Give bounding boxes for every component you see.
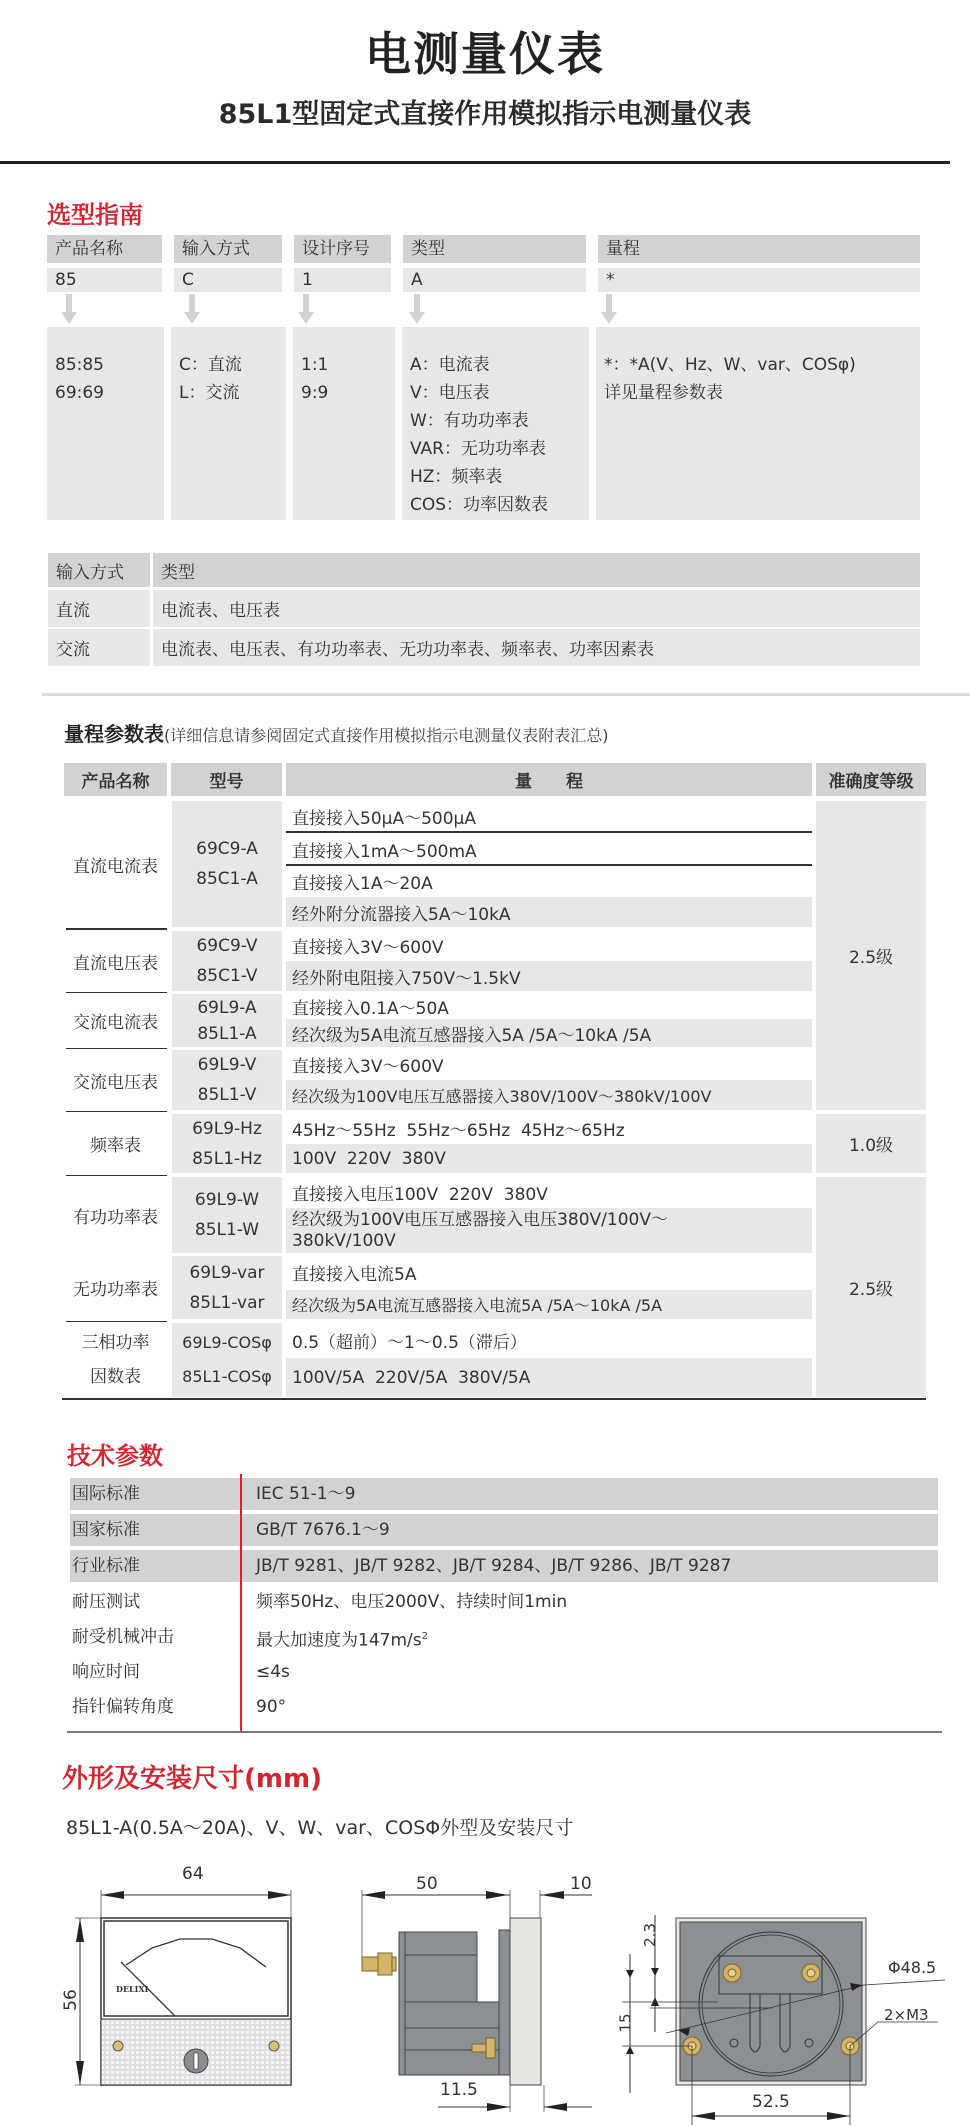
dimensions-heading: 外形及安装尺寸(mm): [62, 1758, 322, 1795]
product-name-power-factor: 三相功率 因数表: [64, 1323, 167, 1397]
input-type-ac-types: 电流表、电压表、有功功率表、无功功率表、频率表、功率因素表: [153, 629, 920, 666]
range-row: 直接接入电流5A: [286, 1256, 812, 1289]
dim-hole-spacing: 52.5: [752, 2092, 790, 2112]
dim-depth: 50: [416, 1874, 438, 1894]
col-header-input-type: 输入方式: [174, 235, 282, 263]
product-name-frequency: 频率表: [64, 1114, 167, 1173]
accuracy-cell: 2.5级: [816, 1177, 926, 1397]
product-name-dc-current: 直流电流表: [64, 801, 167, 927]
model-code: 69C9-V: [196, 931, 257, 961]
range-row: 100V/5A 220V/5A 380V/5A: [286, 1358, 812, 1397]
desc-line: VAR：无功功率表: [410, 435, 589, 463]
range-header-accuracy: 准确度等级: [816, 763, 926, 796]
dim-offset: 15: [617, 2013, 635, 2032]
dimensions-caption: 85L1-A(0.5A～20A)、V、W、var、COSΦ外型及安装尺寸: [66, 1813, 573, 1840]
group-divider: [66, 1321, 167, 1322]
range-row: 直接接入1A～20A: [286, 866, 812, 897]
input-type-header-type: 类型: [153, 553, 920, 587]
back-view-drawing: 2.3 15 Φ48.5 2×M3 52.5: [600, 1850, 970, 2127]
dim-flange: 10: [570, 1874, 592, 1894]
product-name-reactive-power: 无功功率表: [64, 1256, 167, 1319]
tech-param-row: 响应时间 ≤4s: [70, 1656, 938, 1688]
meter-back-icon: [600, 1850, 970, 2127]
model-code: 69L9-V: [198, 1050, 257, 1080]
param-value: 90°: [256, 1691, 286, 1723]
arrow-down-icon: [66, 294, 72, 314]
model-code: 69L9-var: [189, 1258, 264, 1288]
dim-screws: 2×M3: [884, 2006, 929, 2024]
param-value: GB/T 7676.1～9: [256, 1514, 390, 1546]
product-name-active-power: 有功功率表: [64, 1177, 167, 1253]
desc-line: 1:1: [301, 351, 395, 379]
param-label: 行业标准: [72, 1550, 140, 1582]
selection-guide-heading: 选型指南: [47, 195, 143, 230]
range-header-range: 量 程: [286, 763, 812, 796]
col-header-type: 类型: [403, 235, 586, 263]
desc-line: *：*A(V、Hz、W、var、COSφ): [604, 351, 920, 379]
model-code: 69L9-Hz: [192, 1114, 262, 1144]
range-row: 经次级为100V电压互感器接入380V/100V～380kV/100V: [286, 1080, 812, 1110]
desc-line: A：电流表: [410, 351, 589, 379]
desc-line: L：交流: [179, 379, 286, 407]
model-code: 85C1-V: [196, 961, 257, 991]
model-cell: 69L9-COSφ 85L1-COSφ: [172, 1323, 282, 1397]
desc-input-type: C：直流 L：交流: [171, 327, 286, 520]
tech-param-row: 国家标准 GB/T 7676.1～9: [70, 1514, 938, 1546]
arrow-down-icon: [189, 294, 195, 314]
arrow-down-icon: [303, 294, 309, 314]
desc-product-name: 85:85 69:69: [47, 327, 164, 520]
range-row: 经外附分流器接入5A～10kA: [286, 897, 812, 927]
range-line: 380kV/100V: [292, 1231, 396, 1252]
name-line: 因数表: [90, 1360, 141, 1394]
model-code: 69C9-A: [196, 834, 258, 864]
param-value: ≤4s: [256, 1656, 290, 1688]
model-cell: 69C9-A 85C1-A: [172, 801, 282, 927]
model-code: 69L9-A: [197, 995, 256, 1021]
group-divider: [66, 1111, 167, 1112]
dim-width: 64: [182, 1864, 204, 1884]
code-range: *: [598, 268, 920, 292]
dim-panel: 11.5: [440, 2080, 478, 2100]
tech-param-row: 耐压测试 频率50Hz、电压2000V、持续时间1min: [70, 1586, 938, 1618]
product-name-dc-voltage: 直流电压表: [64, 931, 167, 991]
model-code: 85L1-V: [198, 1080, 257, 1110]
desc-design-no: 1:1 9:9: [293, 327, 395, 520]
tech-params-heading: 技术参数: [67, 1436, 163, 1471]
param-value: IEC 51-1～9: [256, 1478, 355, 1510]
table-bottom-border: [62, 1398, 926, 1400]
row-divider: [286, 831, 812, 833]
brand-logo: DELIXI: [116, 1984, 148, 1994]
range-row: 经次级为5A电流互感器接入5A /5A～10kA /5A: [286, 1019, 812, 1047]
tech-param-row: 指针偏转角度 90°: [70, 1691, 938, 1723]
col-header-range: 量程: [598, 235, 920, 263]
accuracy-cell: 2.5级: [816, 801, 926, 1110]
model-cell: 69C9-V 85C1-V: [172, 931, 282, 991]
dim-height: 56: [61, 1989, 81, 2011]
range-row: 经次级为5A电流互感器接入电流5A /5A～10kA /5A: [286, 1290, 812, 1319]
model-cell: 69L9-W 85L1-W: [172, 1177, 282, 1253]
model-cell: 69L9-V 85L1-V: [172, 1050, 282, 1110]
column-divider: [240, 1474, 242, 1732]
desc-line: V：电压表: [410, 379, 589, 407]
code-input-type: C: [174, 268, 282, 292]
range-row: 直接接入50μA～500μA: [286, 801, 812, 832]
meter-front-icon: [0, 1850, 340, 2127]
range-row: 经外附电阻接入750V～1.5kV: [286, 961, 812, 991]
range-row: 45Hz～55Hz 55Hz～65Hz 45Hz～65Hz: [286, 1114, 812, 1143]
param-value-text: 最大加速度为147m/s: [256, 1631, 422, 1651]
desc-type: A：电流表 V：电压表 W：有功功率表 VAR：无功功率表 HZ：频率表 COS…: [402, 327, 589, 520]
input-type-dc: 直流: [48, 590, 150, 627]
superscript: 2: [422, 1631, 428, 1642]
input-type-header-input: 输入方式: [48, 553, 150, 587]
param-label: 指针偏转角度: [72, 1691, 174, 1723]
model-cell: 69L9-Hz 85L1-Hz: [172, 1114, 282, 1173]
model-code: 69L9-W: [195, 1185, 259, 1215]
range-row: 100V 220V 380V: [286, 1144, 812, 1173]
group-divider: [66, 1175, 167, 1176]
range-header-product: 产品名称: [64, 763, 167, 796]
range-header-model: 型号: [171, 763, 282, 796]
model-cell: 69L9-A 85L1-A: [172, 994, 282, 1047]
model-code: 85L1-COSφ: [182, 1360, 272, 1394]
desc-line: COS：功率因数表: [410, 491, 589, 519]
code-type: A: [403, 268, 586, 292]
range-row: 0.5（超前）～1～0.5（滞后）: [286, 1323, 812, 1357]
front-view-drawing: 64 56 DELIXI: [0, 1850, 340, 2127]
dim-offset-top: 2.3: [641, 1923, 659, 1947]
arrow-down-icon: [414, 294, 420, 314]
desc-range: *：*A(V、Hz、W、var、COSφ) 详见量程参数表: [596, 327, 920, 520]
input-type-ac: 交流: [48, 629, 150, 666]
desc-line: 85:85: [55, 351, 164, 379]
param-label: 国家标准: [72, 1514, 140, 1546]
param-value: JB/T 9281、JB/T 9282、JB/T 9284、JB/T 9286、…: [256, 1550, 731, 1582]
model-code: 85L1-var: [189, 1288, 264, 1318]
param-value: 最大加速度为147m/s2: [256, 1621, 428, 1653]
model-cell: 69L9-var 85L1-var: [172, 1256, 282, 1319]
tech-param-row: 国际标准 IEC 51-1～9: [70, 1478, 938, 1510]
range-row: 直接接入3V～600V: [286, 1050, 812, 1079]
range-table-note: (详细信息请参阅固定式直接作用模拟指示电测量仪表附表汇总): [164, 726, 609, 745]
model-code: 85L1-W: [195, 1215, 259, 1245]
header-divider: [0, 161, 950, 164]
desc-line: 9:9: [301, 379, 395, 407]
desc-line: 详见量程参数表: [604, 379, 920, 407]
section-divider: [42, 693, 970, 696]
param-label: 响应时间: [72, 1656, 140, 1688]
desc-line: 69:69: [55, 379, 164, 407]
code-design-no: 1: [294, 268, 391, 292]
range-row: 直接接入3V～600V: [286, 931, 812, 960]
param-label: 国际标准: [72, 1478, 140, 1510]
range-row: 直接接入0.1A～50A: [286, 994, 812, 1019]
range-table-title: 量程参数表: [64, 722, 164, 746]
product-name-ac-voltage: 交流电压表: [64, 1050, 167, 1110]
param-label: 耐受机械冲击: [72, 1621, 174, 1653]
model-code: 85L1-Hz: [192, 1144, 262, 1174]
input-type-dc-types: 电流表、电压表: [153, 590, 920, 627]
range-row: 经次级为100V电压互感器接入电压380V/100V～ 380kV/100V: [286, 1208, 812, 1253]
side-view-drawing: 50 10 11.5: [330, 1850, 630, 2127]
accuracy-cell: 1.0级: [816, 1114, 926, 1173]
table-bottom-border: [67, 1731, 942, 1733]
range-row: 直接接入1mA～500mA: [286, 834, 812, 865]
tech-param-row: 行业标准 JB/T 9281、JB/T 9282、JB/T 9284、JB/T …: [70, 1550, 938, 1582]
param-value: 频率50Hz、电压2000V、持续时间1min: [256, 1586, 567, 1618]
group-divider: [66, 992, 167, 993]
desc-line: HZ：频率表: [410, 463, 589, 491]
page-subtitle: 85L1型固定式直接作用模拟指示电测量仪表: [0, 92, 970, 131]
range-table-heading: 量程参数表(详细信息请参阅固定式直接作用模拟指示电测量仪表附表汇总): [64, 718, 609, 747]
code-product-name: 85: [47, 268, 162, 292]
group-divider: [66, 1048, 167, 1049]
name-line: 三相功率: [82, 1326, 150, 1360]
product-name-ac-current: 交流电流表: [64, 994, 167, 1047]
model-code: 69L9-COSφ: [182, 1326, 272, 1360]
group-divider: [66, 928, 167, 930]
tech-param-row: 耐受机械冲击 最大加速度为147m/s2: [70, 1621, 938, 1653]
page-title: 电测量仪表: [0, 18, 970, 84]
desc-line: W：有功功率表: [410, 407, 589, 435]
arrow-down-icon: [606, 294, 612, 314]
param-label: 耐压测试: [72, 1586, 140, 1618]
col-header-design-no: 设计序号: [294, 235, 391, 263]
model-code: 85C1-A: [196, 864, 258, 894]
range-row: 直接接入电压100V 220V 380V: [286, 1177, 812, 1208]
col-header-product-name: 产品名称: [47, 235, 162, 263]
range-line: 经次级为100V电压互感器接入电压380V/100V～: [292, 1210, 668, 1231]
model-code: 85L1-A: [197, 1021, 256, 1047]
dim-diameter: Φ48.5: [888, 1958, 936, 1977]
desc-line: C：直流: [179, 351, 286, 379]
